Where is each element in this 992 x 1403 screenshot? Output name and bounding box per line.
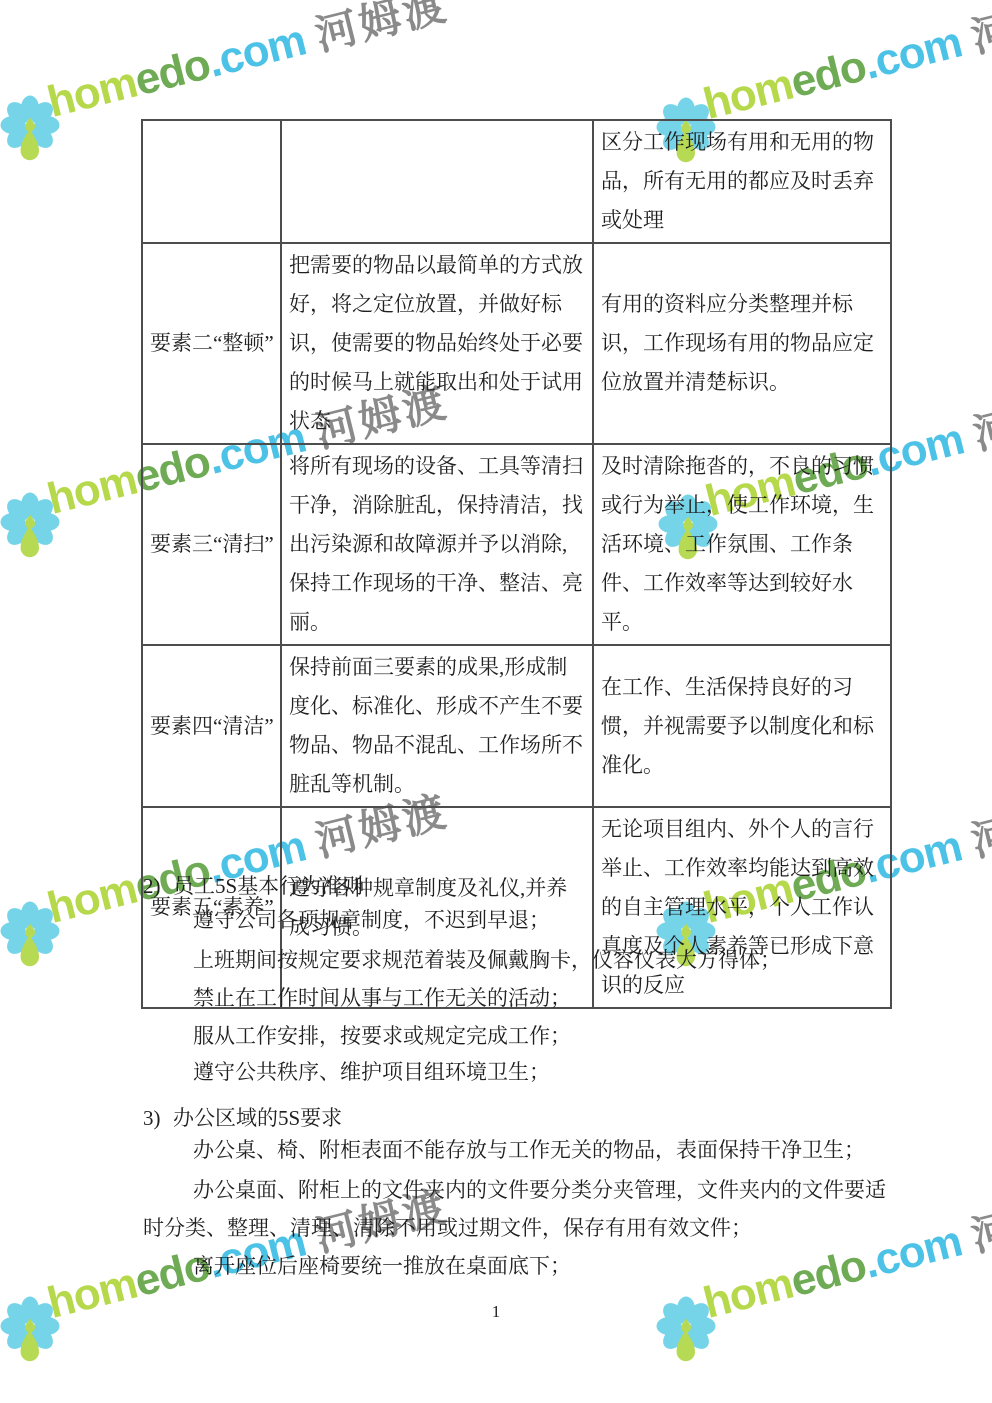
section-heading-2: 2)员工5S基本行为准则 xyxy=(143,867,890,905)
list-item: 服从工作安排，按要求或规定完成工作； xyxy=(143,1017,890,1055)
page-number: 1 xyxy=(0,1300,992,1324)
list-item: 禁止在工作时间从事与工作无关的活动； xyxy=(143,979,890,1017)
table-cell-goal: 区分工作现场有用和无用的物品，所有无用的都应及时丢弃或处理 xyxy=(593,120,891,243)
table-cell-method: 将所有现场的设备、工具等清扫干净，消除脏乱，保持清洁，找出污染源和故障源并予以消… xyxy=(281,444,593,645)
list-item: 上班期间按规定要求规范着装及佩戴胸卡，仪容仪表大方得体； xyxy=(143,941,890,979)
table-cell-element-label: 要素二“整顿” xyxy=(142,243,281,444)
list-item: 办公桌面、附柜上的文件夹内的文件要分类分夹管理，文件夹内的文件要适时分类、整理、… xyxy=(143,1171,890,1247)
table-cell-method: 保持前面三要素的成果,形成制度化、标准化、形成不产生不要物品、物品不混乱、工作场… xyxy=(281,645,593,807)
table-cell-method: 把需要的物品以最简单的方式放好，将之定位放置，并做好标识，使需要的物品始终处于必… xyxy=(281,243,593,444)
table-row: 要素三“清扫” 将所有现场的设备、工具等清扫干净，消除脏乱，保持清洁，找出污染源… xyxy=(142,444,891,645)
section-title: 员工5S基本行为准则 xyxy=(173,874,363,898)
table-row: 要素四“清洁” 保持前面三要素的成果,形成制度化、标准化、形成不产生不要物品、物… xyxy=(142,645,891,807)
table-cell-goal: 及时清除拖沓的，不良的习惯或行为举止，使工作环境，生活环境、工作氛围、工作条件、… xyxy=(593,444,891,645)
list-item: 办公桌、椅、附柜表面不能存放与工作无关的物品，表面保持干净卫生； xyxy=(143,1131,890,1169)
list-item: 离开座位后座椅要统一推放在桌面底下； xyxy=(143,1247,890,1285)
section-title: 办公区域的5S要求 xyxy=(173,1106,342,1130)
section-number: 2) xyxy=(143,867,161,905)
list-item: 遵守公共秩序、维护项目组环境卫生； xyxy=(143,1053,890,1091)
table-cell-element-label: 要素四“清洁” xyxy=(142,645,281,807)
document-content: 区分工作现场有用和无用的物品，所有无用的都应及时丢弃或处理 要素二“整顿” 把需… xyxy=(0,0,992,1403)
list-item: 遵守公司各项规章制度，不迟到早退； xyxy=(143,901,890,939)
document-page: homedo.com河姆渡 homedo.com河姆渡 homedo.com河姆… xyxy=(0,0,992,1403)
table-cell-goal: 有用的资料应分类整理并标识，工作现场有用的物品应定位放置并清楚标识。 xyxy=(593,243,891,444)
table-cell-element-label: 要素三“清扫” xyxy=(142,444,281,645)
table-cell-element-label xyxy=(142,120,281,243)
table-row: 区分工作现场有用和无用的物品，所有无用的都应及时丢弃或处理 xyxy=(142,120,891,243)
table-row: 要素二“整顿” 把需要的物品以最简单的方式放好，将之定位放置，并做好标识，使需要… xyxy=(142,243,891,444)
table-cell-goal: 在工作、生活保持良好的习惯，并视需要予以制度化和标准化。 xyxy=(593,645,891,807)
table-cell-method xyxy=(281,120,593,243)
